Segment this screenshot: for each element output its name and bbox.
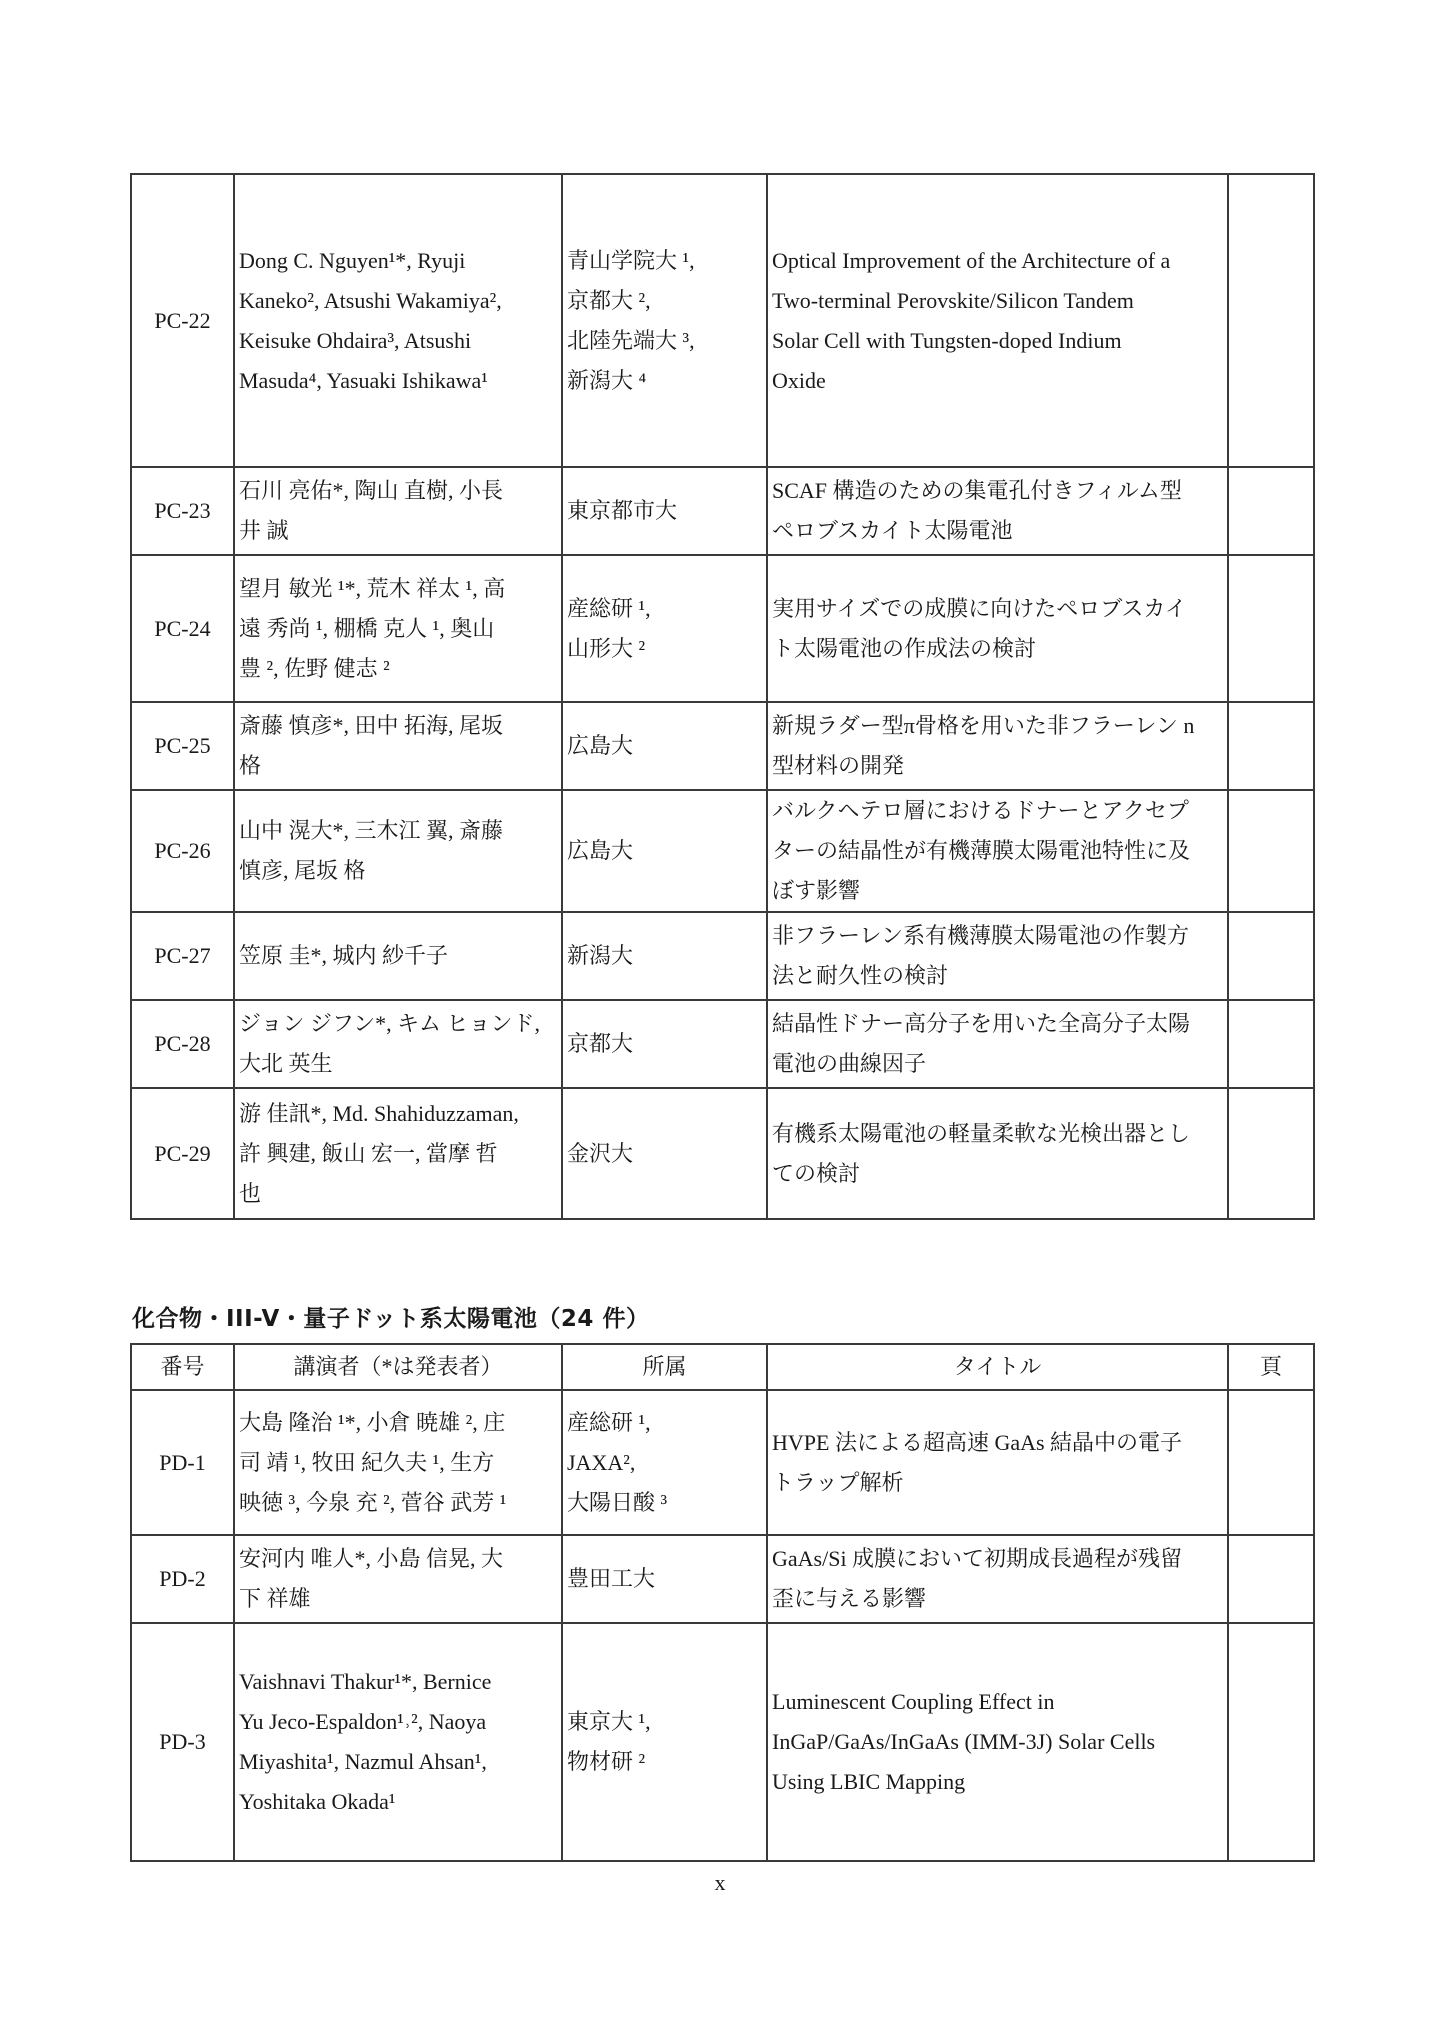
affiliation-cell: 東京大 ¹, 物材研 ² (562, 1623, 767, 1861)
section-heading: 化合物・III-V・量子ドット系太陽電池（24 件） (132, 1300, 649, 1333)
authors-line: 下 祥雄 (239, 1579, 557, 1619)
authors-line: Dong C. Nguyen¹*, Ryuji (239, 241, 557, 281)
affiliation-line: 東京大 ¹, (567, 1702, 762, 1742)
affiliation-cell: 広島大 (562, 702, 767, 790)
title-line: Oxide (772, 361, 1223, 401)
authors-line: Keisuke Ohdaira³, Atsushi (239, 321, 557, 361)
authors-cell: 游 佳訊*, Md. Shahiduzzaman, 許 興建, 飯山 宏一, 當… (234, 1088, 562, 1219)
authors-cell: 安河内 唯人*, 小島 信晃, 大 下 祥雄 (234, 1535, 562, 1623)
title-line: トラップ解析 (772, 1463, 1223, 1503)
affiliation-line: 広島大 (567, 726, 762, 766)
table-row: PD-3 Vaishnavi Thakur¹*, Bernice Yu Jeco… (131, 1623, 1314, 1861)
authors-line: 大北 英生 (239, 1044, 557, 1084)
authors-line: 望月 敏光 ¹*, 荒木 祥太 ¹, 高 (239, 569, 557, 609)
presentation-number: PC-22 (131, 174, 234, 467)
page-cell (1228, 174, 1314, 467)
title-line: 電池の曲線因子 (772, 1044, 1223, 1084)
page-number: x (0, 1870, 1440, 1896)
authors-line: 井 誠 (239, 511, 557, 551)
page-cell (1228, 555, 1314, 702)
title-line: 新規ラダー型π骨格を用いた非フラーレン n (772, 706, 1223, 746)
affiliation-cell: 産総研 ¹, JAXA², 大陽日酸 ³ (562, 1390, 767, 1535)
affiliation-line: 金沢大 (567, 1134, 762, 1174)
affiliation-line: 山形大 ² (567, 629, 762, 669)
title-line: 非フラーレン系有機薄膜太陽電池の作製方 (772, 916, 1223, 956)
title-line: ペロブスカイト太陽電池 (772, 511, 1223, 551)
title-line: 歪に与える影響 (772, 1579, 1223, 1619)
title-cell: 結晶性ドナー高分子を用いた全高分子太陽 電池の曲線因子 (767, 1000, 1228, 1088)
title-line: 法と耐久性の検討 (772, 956, 1223, 996)
affiliation-cell: 豊田工大 (562, 1535, 767, 1623)
title-line: ての検討 (772, 1154, 1223, 1194)
authors-line: 豊 ², 佐野 健志 ² (239, 649, 557, 689)
authors-line: Miyashita¹, Nazmul Ahsan¹, (239, 1742, 557, 1782)
program-table-pd: 番号 講演者（*は発表者） 所属 タイトル 頁 PD-1 大島 隆治 ¹*, 小… (130, 1343, 1315, 1862)
affiliation-cell: 京都大 (562, 1000, 767, 1088)
title-line: InGaP/GaAs/InGaAs (IMM-3J) Solar Cells (772, 1722, 1223, 1762)
authors-line: 斎藤 慎彦*, 田中 拓海, 尾坂 (239, 706, 557, 746)
page-cell (1228, 1390, 1314, 1535)
affiliation-line: 東京都市大 (567, 491, 762, 531)
page-cell (1228, 1000, 1314, 1088)
authors-cell: 望月 敏光 ¹*, 荒木 祥太 ¹, 高 遠 秀尚 ¹, 棚橋 克人 ¹, 奥山… (234, 555, 562, 702)
affiliation-cell: 新潟大 (562, 912, 767, 1000)
header-title: タイトル (767, 1344, 1228, 1390)
presentation-number: PC-26 (131, 790, 234, 912)
title-line: Luminescent Coupling Effect in (772, 1682, 1223, 1722)
title-line: ト太陽電池の作成法の検討 (772, 629, 1223, 669)
title-line: Optical Improvement of the Architecture … (772, 241, 1223, 281)
header-authors: 講演者（*は発表者） (234, 1344, 562, 1390)
presentation-number: PC-25 (131, 702, 234, 790)
affiliation-line: 産総研 ¹, (567, 1403, 762, 1443)
authors-cell: 石川 亮佑*, 陶山 直樹, 小長 井 誠 (234, 467, 562, 555)
authors-line: Yu Jeco-Espaldon¹˒², Naoya (239, 1702, 557, 1742)
affiliation-line: 京都大 ², (567, 281, 762, 321)
title-line: Solar Cell with Tungsten-doped Indium (772, 321, 1223, 361)
presentation-number: PC-29 (131, 1088, 234, 1219)
title-cell: 実用サイズでの成膜に向けたペロブスカイ ト太陽電池の作成法の検討 (767, 555, 1228, 702)
table-header-row: 番号 講演者（*は発表者） 所属 タイトル 頁 (131, 1344, 1314, 1390)
authors-line: 許 興建, 飯山 宏一, 當摩 哲 (239, 1134, 557, 1174)
authors-line: Kaneko², Atsushi Wakamiya², (239, 281, 557, 321)
page-cell (1228, 702, 1314, 790)
title-line: GaAs/Si 成膜において初期成長過程が残留 (772, 1539, 1223, 1579)
title-cell: HVPE 法による超高速 GaAs 結晶中の電子 トラップ解析 (767, 1390, 1228, 1535)
title-cell: SCAF 構造のための集電孔付きフィルム型 ペロブスカイト太陽電池 (767, 467, 1228, 555)
page-cell (1228, 467, 1314, 555)
presentation-number: PD-1 (131, 1390, 234, 1535)
affiliation-line: 物材研 ² (567, 1742, 762, 1782)
title-line: HVPE 法による超高速 GaAs 結晶中の電子 (772, 1423, 1223, 1463)
page-cell (1228, 1623, 1314, 1861)
authors-cell: 斎藤 慎彦*, 田中 拓海, 尾坂 格 (234, 702, 562, 790)
title-line: ターの結晶性が有機薄膜太陽電池特性に及 (772, 831, 1223, 871)
affiliation-line: 豊田工大 (567, 1559, 762, 1599)
authors-line: 也 (239, 1174, 557, 1214)
presentation-number: PC-23 (131, 467, 234, 555)
page-cell (1228, 1088, 1314, 1219)
authors-line: 安河内 唯人*, 小島 信晃, 大 (239, 1539, 557, 1579)
title-cell: Optical Improvement of the Architecture … (767, 174, 1228, 467)
affiliation-cell: 東京都市大 (562, 467, 767, 555)
header-number: 番号 (131, 1344, 234, 1390)
authors-line: 遠 秀尚 ¹, 棚橋 克人 ¹, 奥山 (239, 609, 557, 649)
affiliation-line: 大陽日酸 ³ (567, 1483, 762, 1523)
authors-cell: 笠原 圭*, 城内 紗千子 (234, 912, 562, 1000)
presentation-number: PD-3 (131, 1623, 234, 1861)
header-page: 頁 (1228, 1344, 1314, 1390)
table-row: PC-24 望月 敏光 ¹*, 荒木 祥太 ¹, 高 遠 秀尚 ¹, 棚橋 克人… (131, 555, 1314, 702)
authors-cell: 大島 隆治 ¹*, 小倉 暁雄 ², 庄 司 靖 ¹, 牧田 紀久夫 ¹, 生方… (234, 1390, 562, 1535)
authors-line: Vaishnavi Thakur¹*, Bernice (239, 1662, 557, 1702)
document-page: PC-22 Dong C. Nguyen¹*, Ryuji Kaneko², A… (0, 0, 1440, 2040)
page-cell (1228, 912, 1314, 1000)
authors-line: 山中 滉大*, 三木江 翼, 斎藤 (239, 811, 557, 851)
table-row: PC-27 笠原 圭*, 城内 紗千子 新潟大 非フラーレン系有機薄膜太陽電池の… (131, 912, 1314, 1000)
title-line: Using LBIC Mapping (772, 1762, 1223, 1802)
affiliation-line: 北陸先端大 ³, (567, 321, 762, 361)
authors-cell: 山中 滉大*, 三木江 翼, 斎藤 慎彦, 尾坂 格 (234, 790, 562, 912)
authors-line: 石川 亮佑*, 陶山 直樹, 小長 (239, 471, 557, 511)
title-line: ぼす影響 (772, 871, 1223, 911)
authors-line: 大島 隆治 ¹*, 小倉 暁雄 ², 庄 (239, 1403, 557, 1443)
title-line: SCAF 構造のための集電孔付きフィルム型 (772, 471, 1223, 511)
authors-line: 慎彦, 尾坂 格 (239, 851, 557, 891)
affiliation-cell: 広島大 (562, 790, 767, 912)
authors-line: 映徳 ³, 今泉 充 ², 菅谷 武芳 ¹ (239, 1483, 557, 1523)
table-row: PC-29 游 佳訊*, Md. Shahiduzzaman, 許 興建, 飯山… (131, 1088, 1314, 1219)
authors-line: Masuda⁴, Yasuaki Ishikawa¹ (239, 361, 557, 401)
table-row: PD-2 安河内 唯人*, 小島 信晃, 大 下 祥雄 豊田工大 GaAs/Si… (131, 1535, 1314, 1623)
affiliation-cell: 青山学院大 ¹, 京都大 ², 北陸先端大 ³, 新潟大 ⁴ (562, 174, 767, 467)
table-row: PC-23 石川 亮佑*, 陶山 直樹, 小長 井 誠 東京都市大 SCAF 構… (131, 467, 1314, 555)
authors-line: 司 靖 ¹, 牧田 紀久夫 ¹, 生方 (239, 1443, 557, 1483)
presentation-number: PD-2 (131, 1535, 234, 1623)
affiliation-line: 青山学院大 ¹, (567, 241, 762, 281)
title-line: Two-terminal Perovskite/Silicon Tandem (772, 281, 1223, 321)
title-cell: 非フラーレン系有機薄膜太陽電池の作製方 法と耐久性の検討 (767, 912, 1228, 1000)
presentation-number: PC-27 (131, 912, 234, 1000)
affiliation-cell: 金沢大 (562, 1088, 767, 1219)
header-affiliation: 所属 (562, 1344, 767, 1390)
title-cell: 有機系太陽電池の軽量柔軟な光検出器とし ての検討 (767, 1088, 1228, 1219)
authors-line: ジョン ジフン*, キム ヒョンド, (239, 1004, 557, 1044)
title-cell: バルクヘテロ層におけるドナーとアクセプ ターの結晶性が有機薄膜太陽電池特性に及 … (767, 790, 1228, 912)
title-line: バルクヘテロ層におけるドナーとアクセプ (772, 791, 1223, 831)
affiliation-cell: 産総研 ¹, 山形大 ² (562, 555, 767, 702)
title-line: 有機系太陽電池の軽量柔軟な光検出器とし (772, 1114, 1223, 1154)
table-row: PC-22 Dong C. Nguyen¹*, Ryuji Kaneko², A… (131, 174, 1314, 467)
table-row: PD-1 大島 隆治 ¹*, 小倉 暁雄 ², 庄 司 靖 ¹, 牧田 紀久夫 … (131, 1390, 1314, 1535)
affiliation-line: 京都大 (567, 1024, 762, 1064)
page-cell (1228, 790, 1314, 912)
title-line: 結晶性ドナー高分子を用いた全高分子太陽 (772, 1004, 1223, 1044)
authors-line: 游 佳訊*, Md. Shahiduzzaman, (239, 1094, 557, 1134)
authors-line: Yoshitaka Okada¹ (239, 1782, 557, 1822)
presentation-number: PC-24 (131, 555, 234, 702)
title-line: 型材料の開発 (772, 746, 1223, 786)
authors-line: 笠原 圭*, 城内 紗千子 (239, 936, 557, 976)
authors-cell: ジョン ジフン*, キム ヒョンド, 大北 英生 (234, 1000, 562, 1088)
program-table-pc: PC-22 Dong C. Nguyen¹*, Ryuji Kaneko², A… (130, 173, 1315, 1220)
authors-cell: Vaishnavi Thakur¹*, Bernice Yu Jeco-Espa… (234, 1623, 562, 1861)
affiliation-line: JAXA², (567, 1443, 762, 1483)
authors-line: 格 (239, 746, 557, 786)
title-cell: 新規ラダー型π骨格を用いた非フラーレン n 型材料の開発 (767, 702, 1228, 790)
page-cell (1228, 1535, 1314, 1623)
table-row: PC-26 山中 滉大*, 三木江 翼, 斎藤 慎彦, 尾坂 格 広島大 バルク… (131, 790, 1314, 912)
affiliation-line: 広島大 (567, 831, 762, 871)
title-cell: Luminescent Coupling Effect in InGaP/GaA… (767, 1623, 1228, 1861)
affiliation-line: 産総研 ¹, (567, 589, 762, 629)
title-cell: GaAs/Si 成膜において初期成長過程が残留 歪に与える影響 (767, 1535, 1228, 1623)
authors-cell: Dong C. Nguyen¹*, Ryuji Kaneko², Atsushi… (234, 174, 562, 467)
table-row: PC-28 ジョン ジフン*, キム ヒョンド, 大北 英生 京都大 結晶性ドナ… (131, 1000, 1314, 1088)
title-line: 実用サイズでの成膜に向けたペロブスカイ (772, 589, 1223, 629)
presentation-number: PC-28 (131, 1000, 234, 1088)
affiliation-line: 新潟大 (567, 936, 762, 976)
table-row: PC-25 斎藤 慎彦*, 田中 拓海, 尾坂 格 広島大 新規ラダー型π骨格を… (131, 702, 1314, 790)
affiliation-line: 新潟大 ⁴ (567, 361, 762, 401)
